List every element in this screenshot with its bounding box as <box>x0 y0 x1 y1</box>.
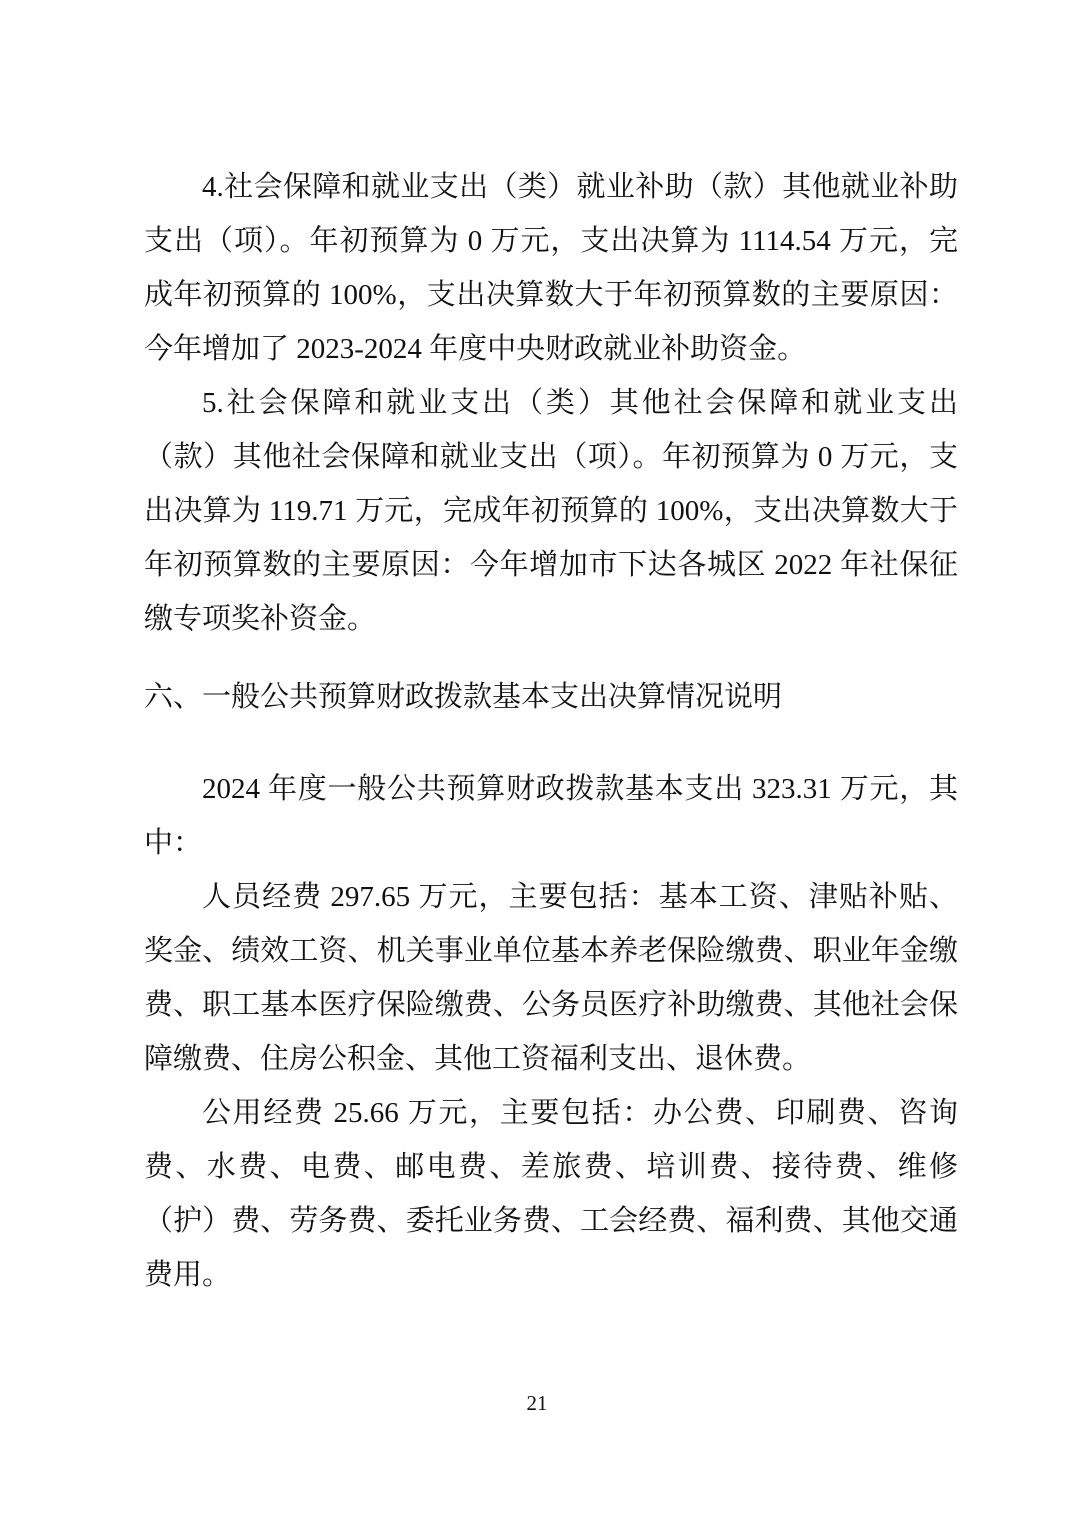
document-page: 4.社会保障和就业支出（类）就业补助（款）其他就业补助支出（项）。年初预算为 0… <box>0 0 1074 1520</box>
section-heading-basic-expenditure: 六、一般公共预算财政拨款基本支出决算情况说明 <box>144 670 958 724</box>
paragraph-public-funds: 公用经费 25.66 万元，主要包括：办公费、印刷费、咨询费、水费、电费、邮电费… <box>144 1086 958 1302</box>
paragraph-section6-intro: 2024 年度一般公共预算财政拨款基本支出 323.31 万元，其中： <box>144 762 958 870</box>
page-number: 21 <box>0 1391 1074 1415</box>
paragraph-personnel-funds: 人员经费 297.65 万元，主要包括：基本工资、津贴补贴、奖金、绩效工资、机关… <box>144 870 958 1086</box>
paragraph-item-4-employment-subsidy: 4.社会保障和就业支出（类）就业补助（款）其他就业补助支出（项）。年初预算为 0… <box>144 160 958 376</box>
document-body: 4.社会保障和就业支出（类）就业补助（款）其他就业补助支出（项）。年初预算为 0… <box>144 160 958 1302</box>
paragraph-item-5-other-social-security: 5.社会保障和就业支出（类）其他社会保障和就业支出（款）其他社会保障和就业支出（… <box>144 376 958 646</box>
